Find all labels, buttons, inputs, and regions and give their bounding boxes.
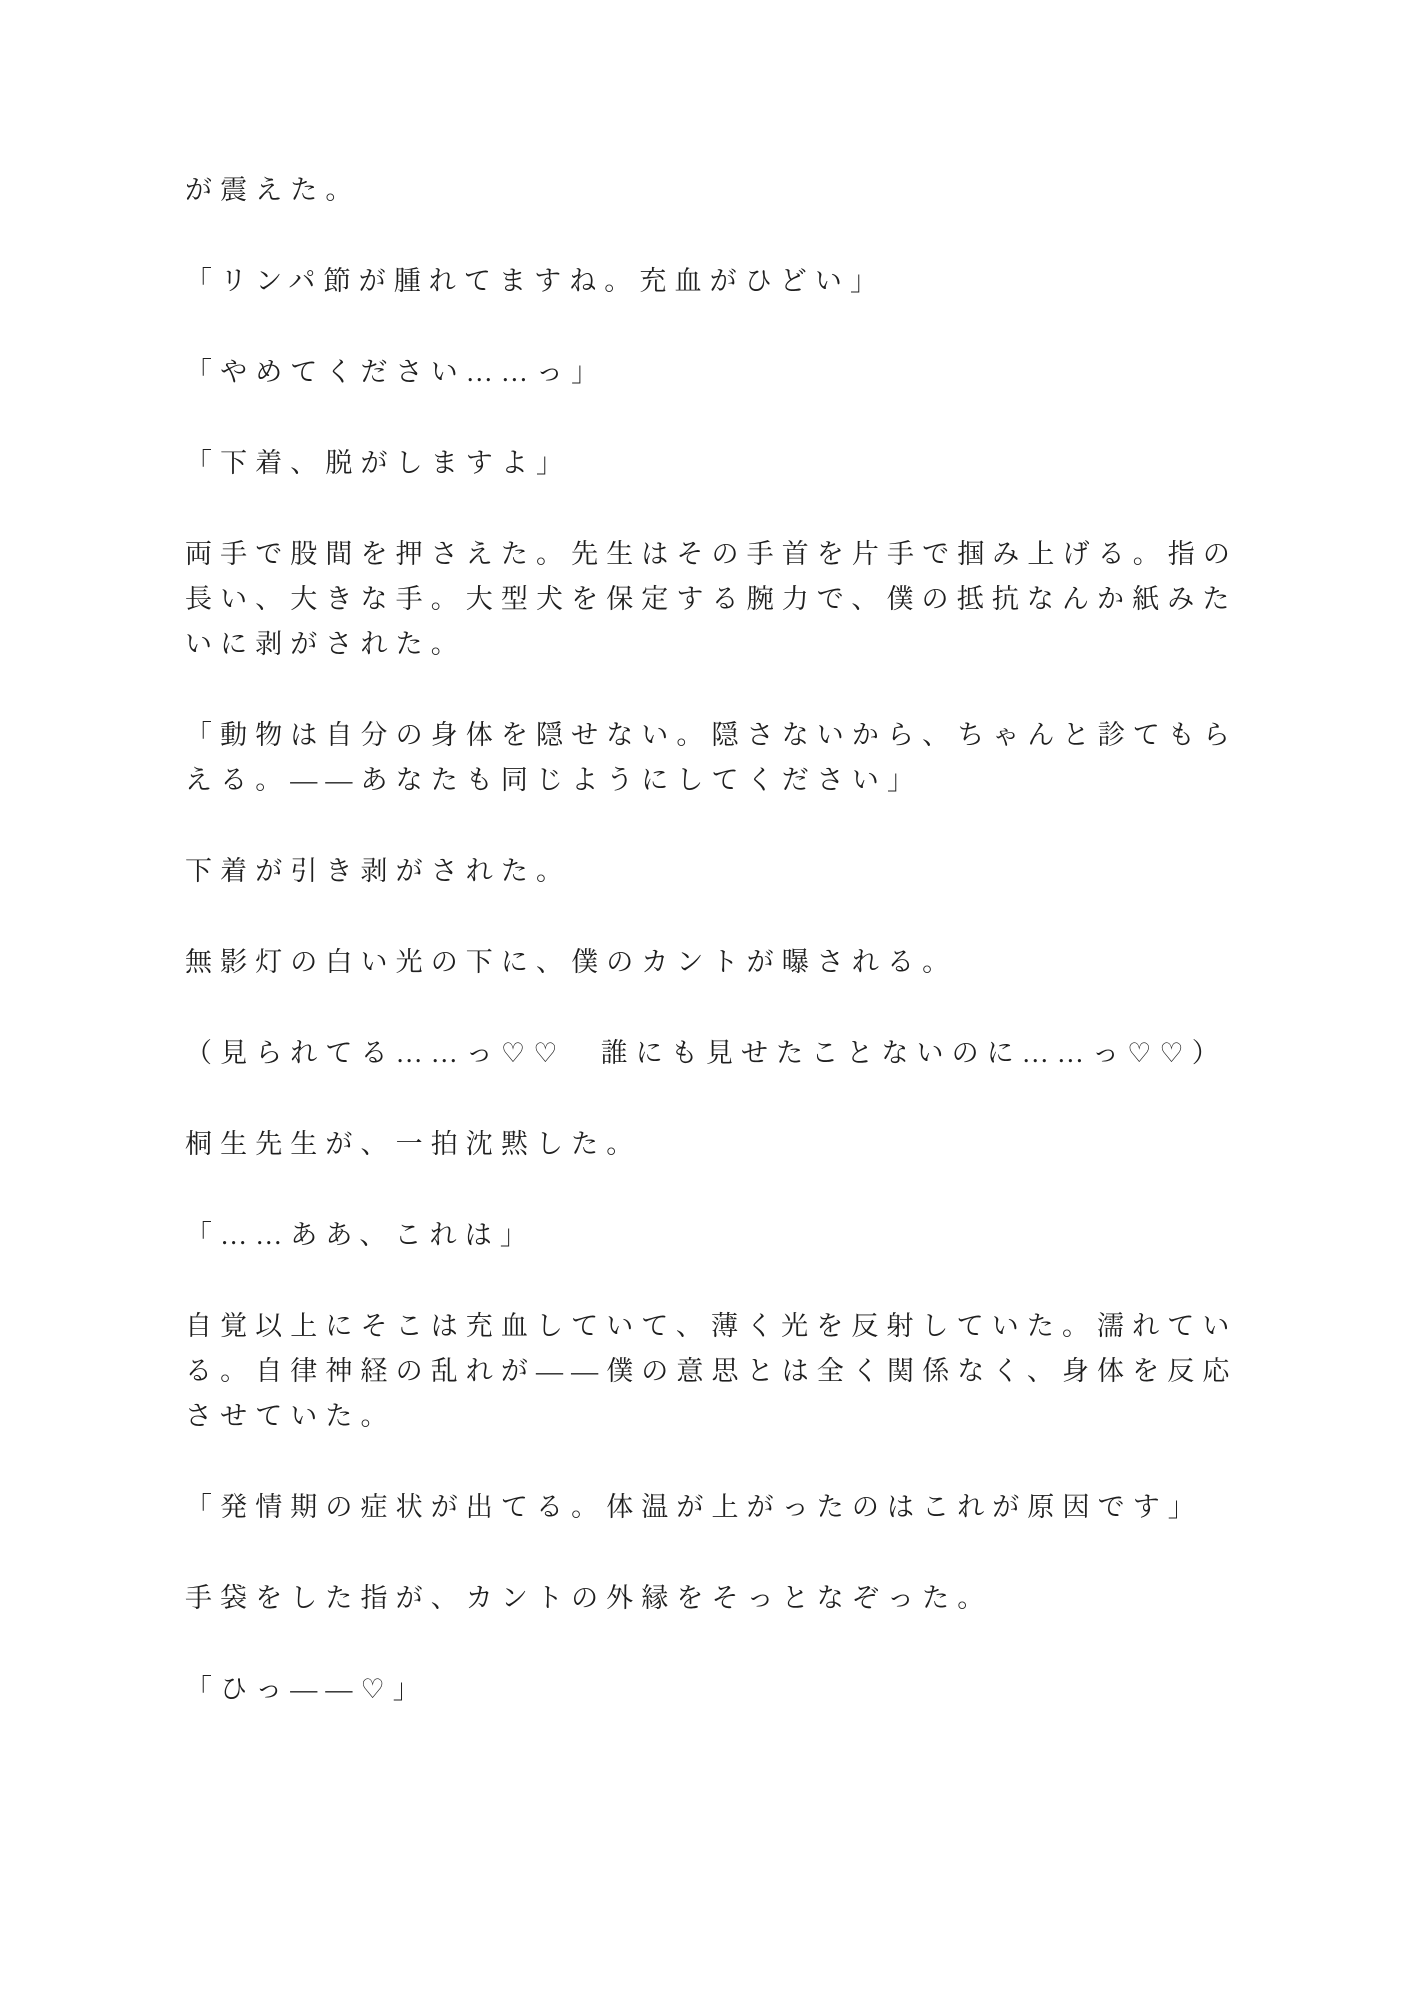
text-line: 「リンパ節が腫れてますね。充血がひどい」	[185, 259, 1375, 304]
text-line: 自覚以上にそこは充血していて、薄く光を反射していた。濡れてい	[185, 1304, 1375, 1349]
text-line: 「やめてください……っ」	[185, 350, 1375, 395]
text-line: 「発情期の症状が出てる。体温が上がったのはこれが原因です」	[185, 1485, 1375, 1530]
text-line: 桐生先生が、一拍沈黙した。	[185, 1122, 1375, 1167]
text-line: いに剥がされた。	[185, 622, 1375, 667]
paragraph: 下着が引き剥がされた。	[185, 849, 1375, 894]
document-page: が震えた。 「リンパ節が腫れてますね。充血がひどい」 「やめてください……っ」 …	[0, 0, 1415, 2000]
text-line: る。自律神経の乱れが――僕の意思とは全く関係なく、身体を反応	[185, 1349, 1375, 1394]
paragraph: 「ひっ――♡」	[185, 1667, 1375, 1712]
paragraph: 手袋をした指が、カントの外縁をそっとなぞった。	[185, 1576, 1375, 1621]
paragraph: （見られてる……っ♡♡ 誰にも見せたことないのに……っ♡♡）	[185, 1031, 1375, 1076]
text-line: 手袋をした指が、カントの外縁をそっとなぞった。	[185, 1576, 1375, 1621]
paragraph: 「発情期の症状が出てる。体温が上がったのはこれが原因です」	[185, 1485, 1375, 1530]
text-line: 「下着、脱がしますよ」	[185, 441, 1375, 486]
text-line: （見られてる……っ♡♡ 誰にも見せたことないのに……っ♡♡）	[185, 1031, 1375, 1076]
paragraph: 無影灯の白い光の下に、僕のカントが曝される。	[185, 940, 1375, 985]
text-line: 「ひっ――♡」	[185, 1667, 1375, 1712]
paragraph: 「……ああ、これは」	[185, 1213, 1375, 1258]
paragraph: 「下着、脱がしますよ」	[185, 441, 1375, 486]
text-line: 両手で股間を押さえた。先生はその手首を片手で掴み上げる。指の	[185, 532, 1375, 577]
paragraph: 自覚以上にそこは充血していて、薄く光を反射していた。濡れてい る。自律神経の乱れ…	[185, 1304, 1375, 1439]
paragraph: 「動物は自分の身体を隠せない。隠さないから、ちゃんと診てもら える。――あなたも…	[185, 713, 1375, 803]
text-line: 無影灯の白い光の下に、僕のカントが曝される。	[185, 940, 1375, 985]
text-line: える。――あなたも同じようにしてください」	[185, 758, 1375, 803]
paragraph: 「リンパ節が腫れてますね。充血がひどい」	[185, 259, 1375, 304]
paragraph: 両手で股間を押さえた。先生はその手首を片手で掴み上げる。指の 長い、大きな手。大…	[185, 532, 1375, 667]
paragraph: が震えた。	[185, 168, 1375, 213]
text-line: が震えた。	[185, 168, 1375, 213]
text-line: 下着が引き剥がされた。	[185, 849, 1375, 894]
paragraph: 桐生先生が、一拍沈黙した。	[185, 1122, 1375, 1167]
paragraph: 「やめてください……っ」	[185, 350, 1375, 395]
text-line: 「……ああ、これは」	[185, 1213, 1375, 1258]
text-line: 長い、大きな手。大型犬を保定する腕力で、僕の抵抗なんか紙みた	[185, 577, 1375, 622]
text-line: させていた。	[185, 1394, 1375, 1439]
text-line: 「動物は自分の身体を隠せない。隠さないから、ちゃんと診てもら	[185, 713, 1375, 758]
